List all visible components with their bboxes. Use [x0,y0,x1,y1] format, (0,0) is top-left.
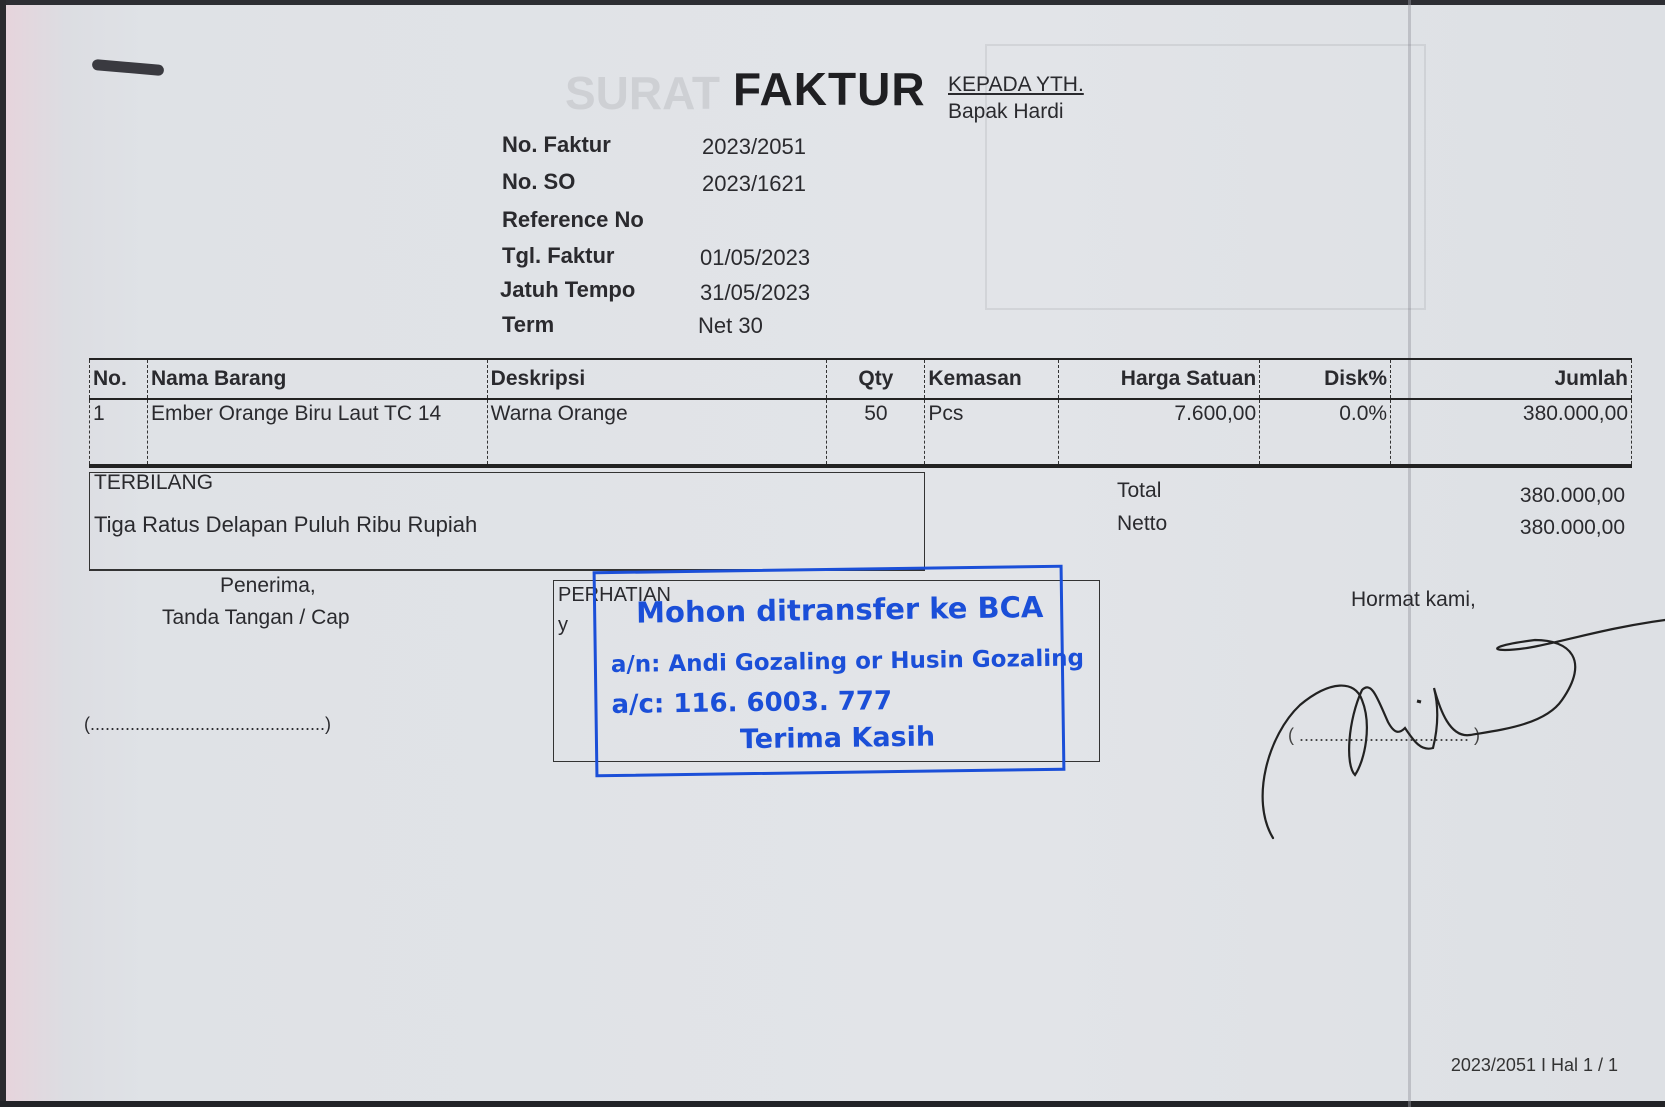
meta-label: Tgl. Faktur [502,243,614,269]
meta-value: 2023/2051 [702,134,806,160]
netto-label: Netto [1117,512,1167,536]
receiver-label: Penerima, [220,574,316,598]
cell-nama-barang: Ember Orange Biru Laut TC 14 [147,399,487,466]
meta-label: No. SO [502,169,575,195]
bank-transfer-stamp: Mohon ditransfer ke BCA a/n: Andi Gozali… [593,565,1066,778]
receiver-sign-line: (.......................................… [84,714,331,735]
col-header-disk: Disk% [1260,359,1391,399]
cell-jumlah: 380.000,00 [1391,399,1632,466]
scan-edge-bottom [0,1101,1665,1107]
col-header-harga-satuan: Harga Satuan [1059,359,1260,399]
col-header-jumlah: Jumlah [1391,359,1632,399]
terbilang-label: TERBILANG [94,471,213,495]
cell-disk: 0.0% [1260,399,1391,466]
cell-harga-satuan: 7.600,00 [1059,399,1260,466]
col-header-no: No. [90,359,148,399]
sender-sign-line: ( .................................. ) [1288,725,1480,746]
sender-label: Hormat kami, [1351,588,1476,612]
ghost-title: SURAT [565,66,720,120]
netto-value: 380.000,00 [1520,516,1625,540]
stamp-line-account-number: a/c: 116. 6003. 777 [611,686,892,720]
col-header-qty: Qty [827,359,925,399]
scan-edge-top [0,0,1665,5]
col-header-deskripsi: Deskripsi [487,359,827,399]
total-value: 380.000,00 [1520,484,1625,508]
cell-no: 1 [90,399,148,466]
meta-label: No. Faktur [502,132,611,158]
table-header-row: No. Nama Barang Deskripsi Qty Kemasan Ha… [90,359,1632,399]
cell-kemasan: Pcs [925,399,1059,466]
receiver-sign-caption: Tanda Tangan / Cap [162,606,350,630]
meta-value: 01/05/2023 [700,245,810,271]
document-title: FAKTUR [733,62,926,116]
items-table: No. Nama Barang Deskripsi Qty Kemasan Ha… [89,358,1632,468]
recipient-label: KEPADA YTH. [948,73,1084,97]
table-row: 1 Ember Orange Biru Laut TC 14 Warna Ora… [90,399,1632,466]
meta-value: 2023/1621 [702,171,806,197]
meta-label: Reference No [502,207,644,233]
col-header-kemasan: Kemasan [925,359,1059,399]
recipient-name: Bapak Hardi [948,100,1064,124]
perhatian-text: y [558,614,568,637]
scan-edge-left [0,0,6,1107]
col-header-nama-barang: Nama Barang [147,359,487,399]
meta-label: Jatuh Tempo [500,277,635,303]
total-label: Total [1117,479,1161,503]
stamp-line-thanks: Terima Kasih [740,722,936,756]
meta-value: 31/05/2023 [700,280,810,306]
cell-qty: 50 [827,399,925,466]
stamp-line-transfer: Mohon ditransfer ke BCA [636,590,1044,630]
cell-deskripsi: Warna Orange [487,399,827,466]
footer-page-reference: 2023/2051 I Hal 1 / 1 [1451,1055,1618,1076]
stamp-line-account-name: a/n: Andi Gozaling or Husin Gozaling [611,645,1084,678]
meta-label: Term [502,312,554,338]
meta-value: Net 30 [698,313,763,339]
terbilang-text: Tiga Ratus Delapan Puluh Ribu Rupiah [94,512,477,538]
